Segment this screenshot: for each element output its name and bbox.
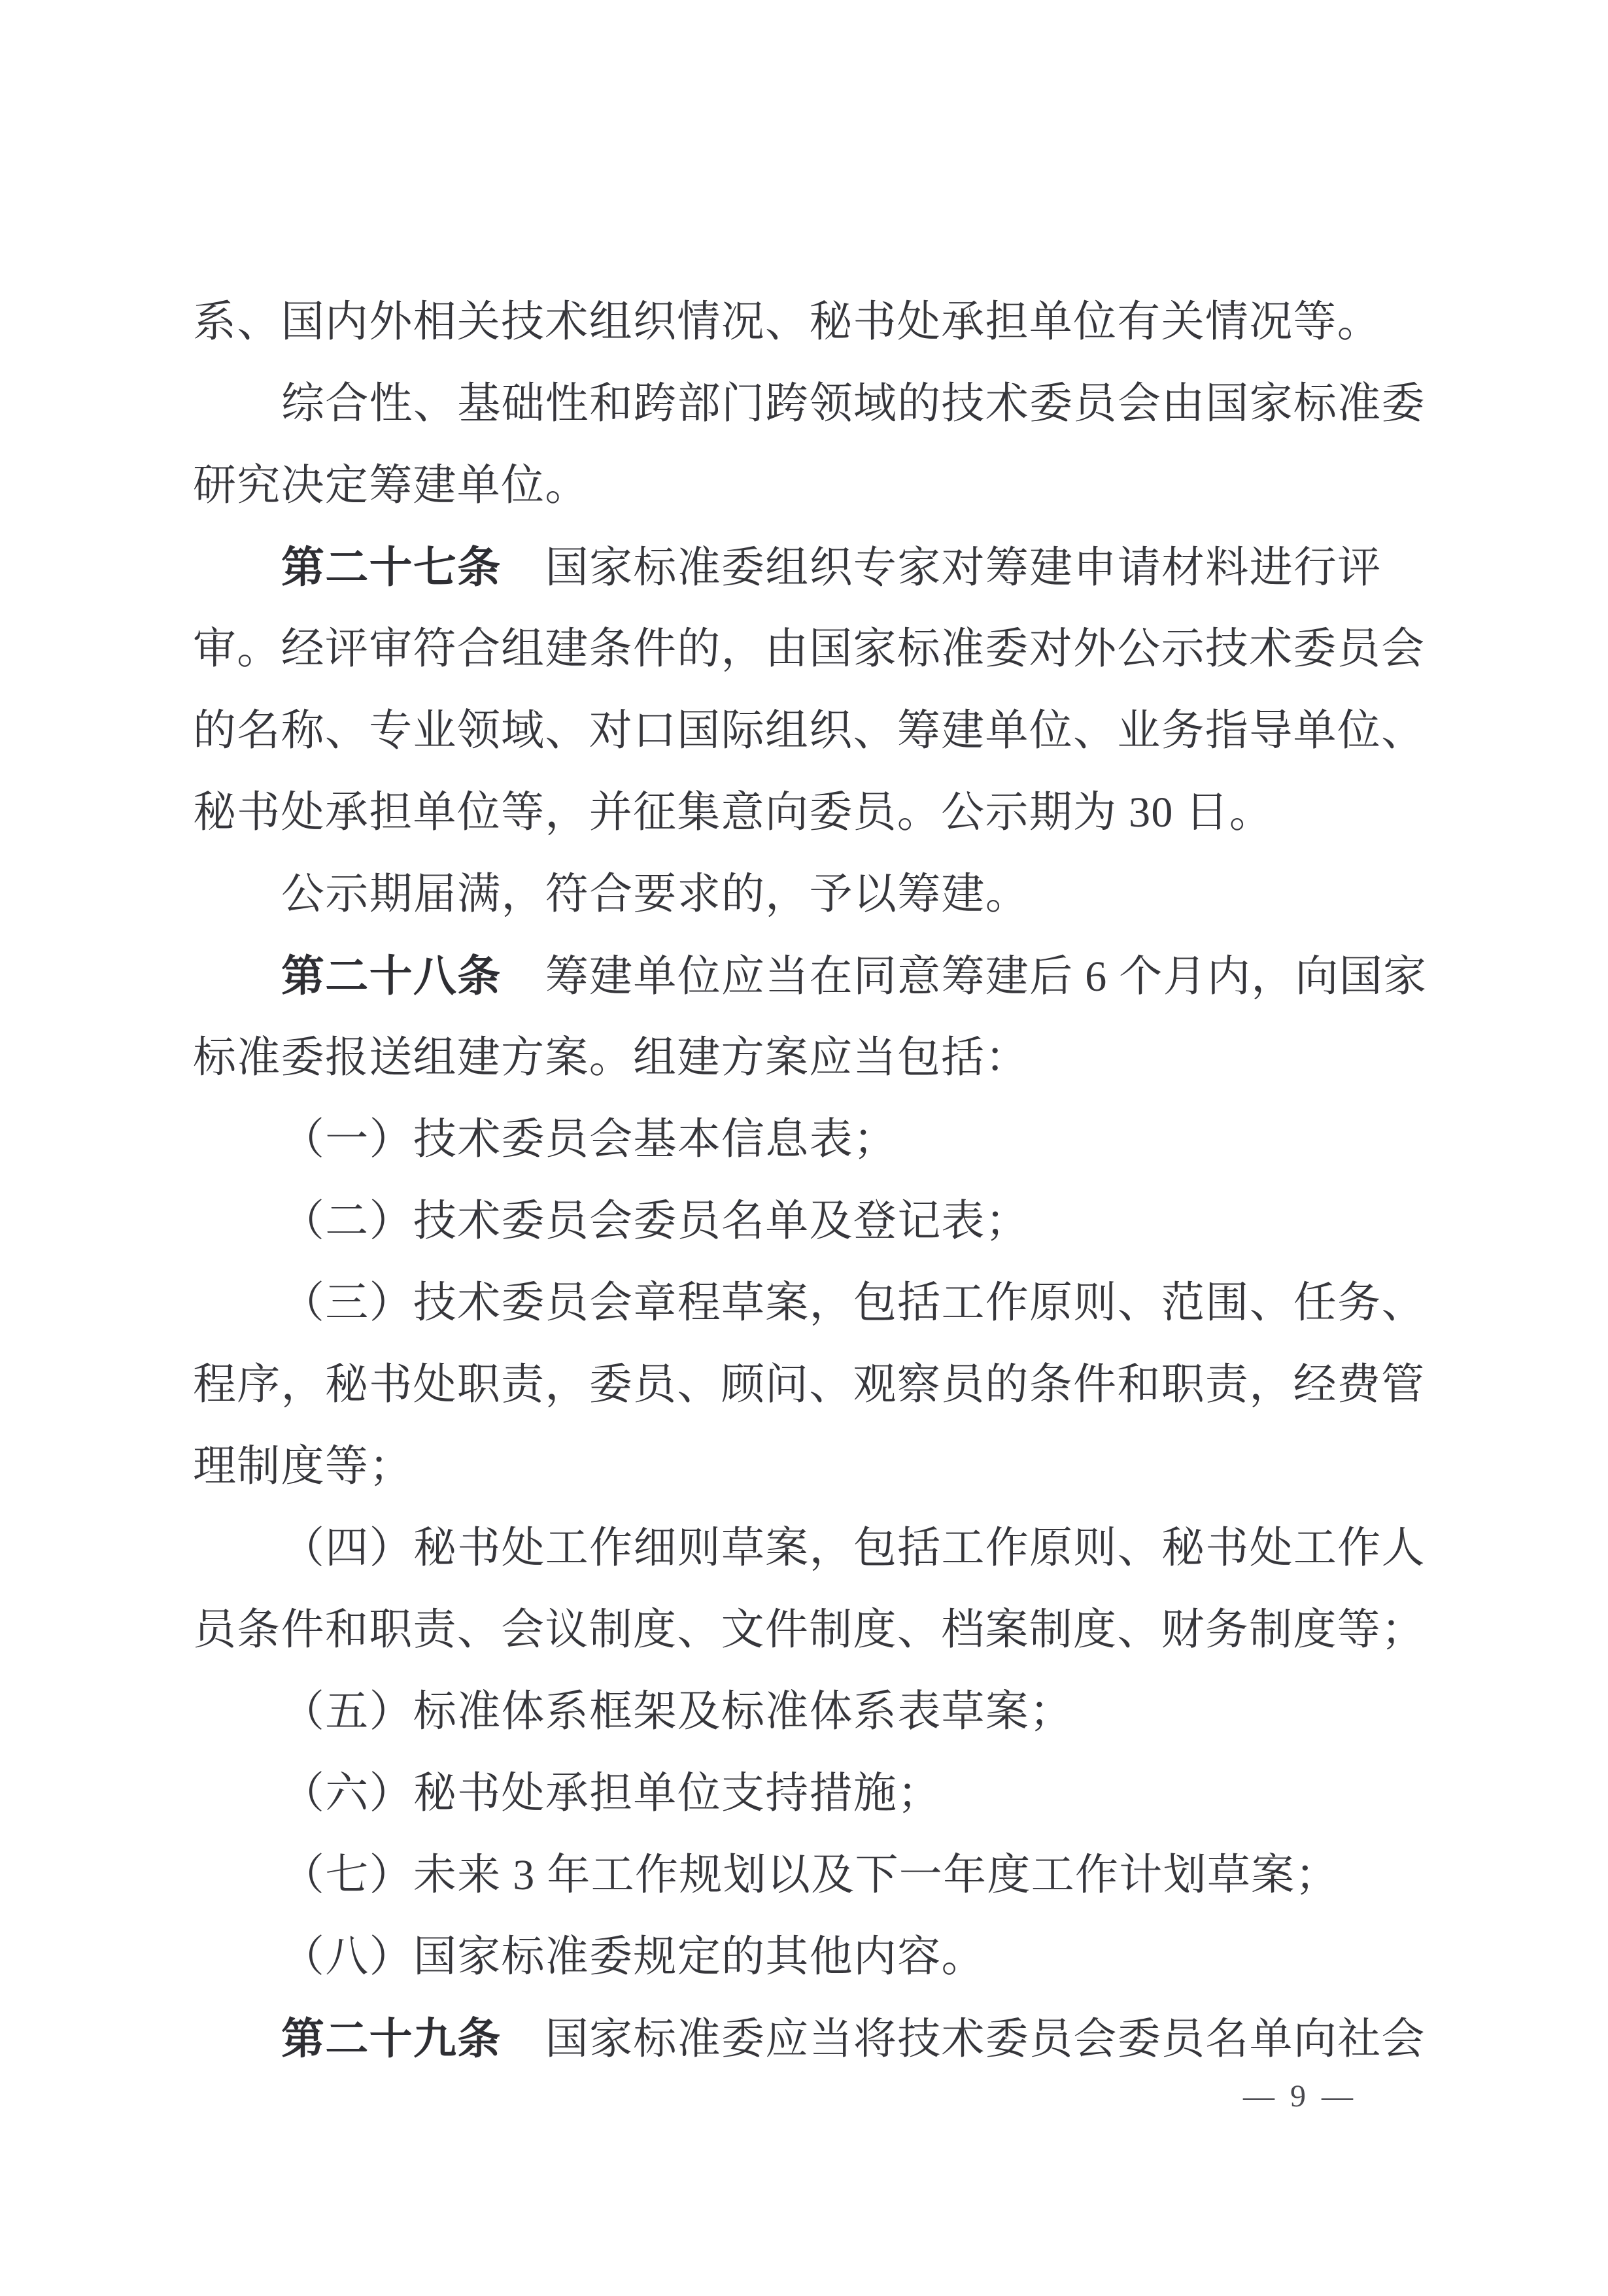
text-line-1: 系、国内外相关技术组织情况、秘书处承担单位有关情况等。	[193, 281, 1435, 363]
line-text: （五）标准体系框架及标准体系表草案；	[281, 1688, 1073, 1736]
text-line-6: 的名称、专业领域、对口国际组织、筹建单位、业务指导单位、	[193, 690, 1435, 772]
text-line-5: 审。经评审符合组建条件的，由国家标准委对外公示技术委员会	[193, 608, 1435, 690]
text-line-14: 程序，秘书处职责，委员、顾问、观察员的条件和职责，经费管	[193, 1344, 1435, 1426]
line-text: 标准委报送组建方案。组建方案应当包括：	[193, 1034, 1029, 1082]
line-text: 员条件和职责、会议制度、文件制度、档案制度、财务制度等；	[193, 1606, 1425, 1654]
line-text: 秘书处承担单位等，并征集意向委员。公示期为 30 日。	[193, 789, 1273, 836]
text-line-9: 第二十八条 筹建单位应当在同意筹建后 6 个月内，向国家	[193, 935, 1435, 1017]
line-text: （六）秘书处承担单位支持措施；	[281, 1770, 942, 1817]
text-line-17: 员条件和职责、会议制度、文件制度、档案制度、财务制度等；	[193, 1589, 1435, 1671]
article-number: 第二十九条	[281, 2014, 502, 2063]
line-text: 研究决定筹建单位。	[193, 462, 589, 509]
text-line-16: （四）秘书处工作细则草案，包括工作原则、秘书处工作人	[193, 1507, 1435, 1589]
text-line-11: （一）技术委员会基本信息表；	[193, 1099, 1435, 1180]
line-text: （七）未来 3 年工作规划以及下一年度工作计划草案；	[281, 1851, 1339, 1899]
line-text: （一）技术委员会基本信息表；	[281, 1116, 897, 1163]
text-line-8: 公示期届满，符合要求的，予以筹建。	[193, 853, 1435, 935]
text-line-3: 研究决定筹建单位。	[193, 445, 1435, 526]
line-text: 国家标准委应当将技术委员会委员名单向社会	[502, 2015, 1426, 2063]
line-text: （四）秘书处工作细则草案，包括工作原则、秘书处工作人	[281, 1524, 1426, 1572]
text-line-12: （二）技术委员会委员名单及登记表；	[193, 1180, 1435, 1262]
text-line-10: 标准委报送组建方案。组建方案应当包括：	[193, 1017, 1435, 1099]
article-number: 第二十七条	[281, 543, 502, 591]
text-line-19: （六）秘书处承担单位支持措施；	[193, 1753, 1435, 1834]
article-number: 第二十八条	[281, 951, 502, 1000]
line-text: 筹建单位应当在同意筹建后 6 个月内，向国家	[502, 953, 1428, 1001]
line-text: （三）技术委员会章程草案，包括工作原则、范围、任务、	[281, 1279, 1426, 1327]
text-line-2: 综合性、基础性和跨部门跨领域的技术委员会由国家标准委	[193, 363, 1435, 445]
page-number: — 9 —	[1215, 2078, 1385, 2114]
text-line-15: 理制度等；	[193, 1426, 1435, 1507]
text-line-20: （七）未来 3 年工作规划以及下一年度工作计划草案；	[193, 1834, 1435, 1916]
line-text: 系、国内外相关技术组织情况、秘书处承担单位有关情况等。	[193, 298, 1381, 346]
line-text: 综合性、基础性和跨部门跨领域的技术委员会由国家标准委	[281, 380, 1426, 428]
scanned-document-page: 系、国内外相关技术组织情况、秘书处承担单位有关情况等。综合性、基础性和跨部门跨领…	[0, 0, 1608, 2296]
line-text: 审。经评审符合组建条件的，由国家标准委对外公示技术委员会	[193, 625, 1425, 673]
line-text: 国家标准委组织专家对筹建申请材料进行评	[502, 544, 1382, 592]
line-text: 程序，秘书处职责，委员、顾问、观察员的条件和职责，经费管	[193, 1361, 1425, 1409]
text-line-7: 秘书处承担单位等，并征集意向委员。公示期为 30 日。	[193, 772, 1435, 853]
line-text: （二）技术委员会委员名单及登记表；	[281, 1197, 1029, 1245]
text-line-4: 第二十七条 国家标准委组织专家对筹建申请材料进行评	[193, 526, 1435, 608]
line-text: 公示期届满，符合要求的，予以筹建。	[281, 870, 1029, 918]
text-block: 系、国内外相关技术组织情况、秘书处承担单位有关情况等。综合性、基础性和跨部门跨领…	[193, 281, 1435, 2080]
line-text: （八）国家标准委规定的其他内容。	[281, 1933, 985, 1981]
text-line-13: （三）技术委员会章程草案，包括工作原则、范围、任务、	[193, 1262, 1435, 1344]
line-text: 的名称、专业领域、对口国际组织、筹建单位、业务指导单位、	[193, 707, 1425, 755]
text-line-22: 第二十九条 国家标准委应当将技术委员会委员名单向社会	[193, 1998, 1435, 2080]
line-text: 理制度等；	[193, 1443, 413, 1490]
text-line-21: （八）国家标准委规定的其他内容。	[193, 1916, 1435, 1998]
text-line-18: （五）标准体系框架及标准体系表草案；	[193, 1671, 1435, 1753]
